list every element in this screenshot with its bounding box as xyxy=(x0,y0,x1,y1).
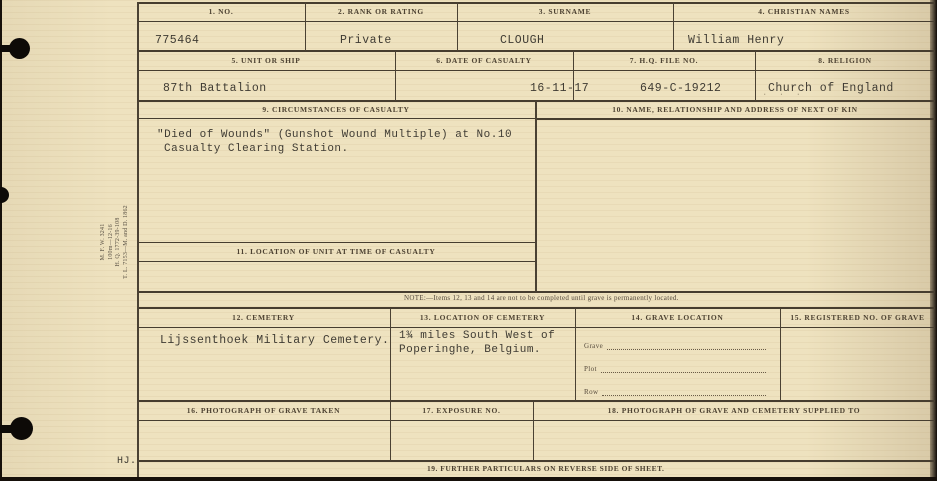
field-label-unit-location: 11. LOCATION OF UNIT AT TIME OF CASUALTY xyxy=(137,247,535,256)
grave-sub-label: Grave xyxy=(584,342,603,350)
value-cemetery-location-line2: Poperinghe, Belgium. xyxy=(399,344,541,356)
value-hq-file-no: 649-C-19212 xyxy=(640,82,721,95)
grid-line xyxy=(137,21,935,22)
field-label-photo-supplied: 18. PHOTOGRAPH OF GRAVE AND CEMETERY SUP… xyxy=(533,406,935,415)
field-label-no: 1. NO. xyxy=(137,7,305,16)
field-label-surname: 3. SURNAME xyxy=(457,7,673,16)
scan-bottom-edge xyxy=(0,477,937,481)
imprint-line: H. Q. 1772-39-108 xyxy=(115,192,123,292)
punch-hole-top-stem xyxy=(0,45,14,52)
grid-line xyxy=(137,307,935,309)
value-cemetery: Lijssenthoek Military Cemetery. xyxy=(160,334,389,347)
field-label-hq-file-no: 7. H.Q. FILE NO. xyxy=(573,56,755,65)
imprint-line: M. F. W. 3241 xyxy=(100,192,108,292)
field-label-registered-no: 15. REGISTERED NO. OF GRAVE xyxy=(780,313,935,322)
value-circumstances-line1: "Died of Wounds" (Gunshot Wound Multiple… xyxy=(157,129,512,141)
field-label-date-of-casualty: 6. DATE OF CASUALTY xyxy=(395,56,573,65)
grid-line xyxy=(137,400,935,402)
row-sub-row: Row xyxy=(584,386,766,396)
plot-sub-label: Plot xyxy=(584,365,597,373)
document-page: M. F. W. 3241 100m—12-16 H. Q. 1772-39-1… xyxy=(0,0,937,481)
grid-line xyxy=(137,327,935,328)
punch-hole-middle xyxy=(0,187,9,203)
field-label-further-particulars: 19. FURTHER PARTICULARS ON REVERSE SIDE … xyxy=(427,464,664,473)
value-circumstances-line2: Casualty Clearing Station. xyxy=(164,143,349,155)
value-religion: Church of England xyxy=(768,82,894,95)
grid-line xyxy=(137,2,935,4)
scan-left-edge xyxy=(0,0,2,481)
field-label-christian-names: 4. CHRISTIAN NAMES xyxy=(673,7,935,16)
grid-line xyxy=(137,420,935,421)
grid-line xyxy=(137,261,535,262)
field-label-photo-taken: 16. PHOTOGRAPH OF GRAVE TAKEN xyxy=(137,406,390,415)
dotted-leader-line xyxy=(602,386,766,396)
value-surname: CLOUGH xyxy=(500,34,544,47)
grid-line xyxy=(535,118,935,120)
dotted-leader-line xyxy=(607,340,766,350)
grid-line xyxy=(137,50,935,52)
value-date-of-casualty: 16-11-17 xyxy=(530,82,589,95)
field-label-cemetery: 12. CEMETERY xyxy=(137,313,390,322)
grave-sub-row: Grave xyxy=(584,340,766,350)
punch-hole-bottom-stem xyxy=(0,425,15,433)
grid-line xyxy=(535,101,537,292)
field-label-rank: 2. RANK OR RATING xyxy=(305,7,457,16)
grid-line xyxy=(137,242,535,243)
value-cemetery-location-line1: 1¾ miles South West of xyxy=(399,330,555,342)
imprint-line: T. L. 7153—M. and D. 1862 xyxy=(123,192,131,292)
dotted-leader-line xyxy=(601,363,766,373)
imprint-line: 100m—12-16 xyxy=(108,192,116,292)
value-no: 775464 xyxy=(155,34,199,47)
field-label-next-of-kin: 10. NAME, RELATIONSHIP AND ADDRESS OF NE… xyxy=(535,105,935,114)
grid-line xyxy=(137,460,935,462)
field-label-cemetery-location: 13. LOCATION OF CEMETERY xyxy=(390,313,575,322)
grid-line xyxy=(137,118,535,119)
field-label-unit: 5. UNIT OR SHIP xyxy=(137,56,395,65)
row-sub-label: Row xyxy=(584,388,598,396)
handwritten-annotation: HJ. xyxy=(117,456,137,467)
value-rank: Private xyxy=(340,34,392,47)
field-label-exposure-no: 17. EXPOSURE NO. xyxy=(390,406,533,415)
field-label-religion: 8. RELIGION xyxy=(755,56,935,65)
field-label-grave-location: 14. GRAVE LOCATION xyxy=(575,313,780,322)
field-label-circumstances: 9. CIRCUMSTANCES OF CASUALTY xyxy=(137,105,535,114)
plot-sub-row: Plot xyxy=(584,363,766,373)
grid-line xyxy=(137,70,935,71)
value-unit: 87th Battalion xyxy=(163,82,267,95)
form-imprint: M. F. W. 3241 100m—12-16 H. Q. 1772-39-1… xyxy=(100,192,132,292)
value-christian-names: William Henry xyxy=(688,34,784,47)
form-note: NOTE:—Items 12, 13 and 14 are not to be … xyxy=(404,294,679,302)
